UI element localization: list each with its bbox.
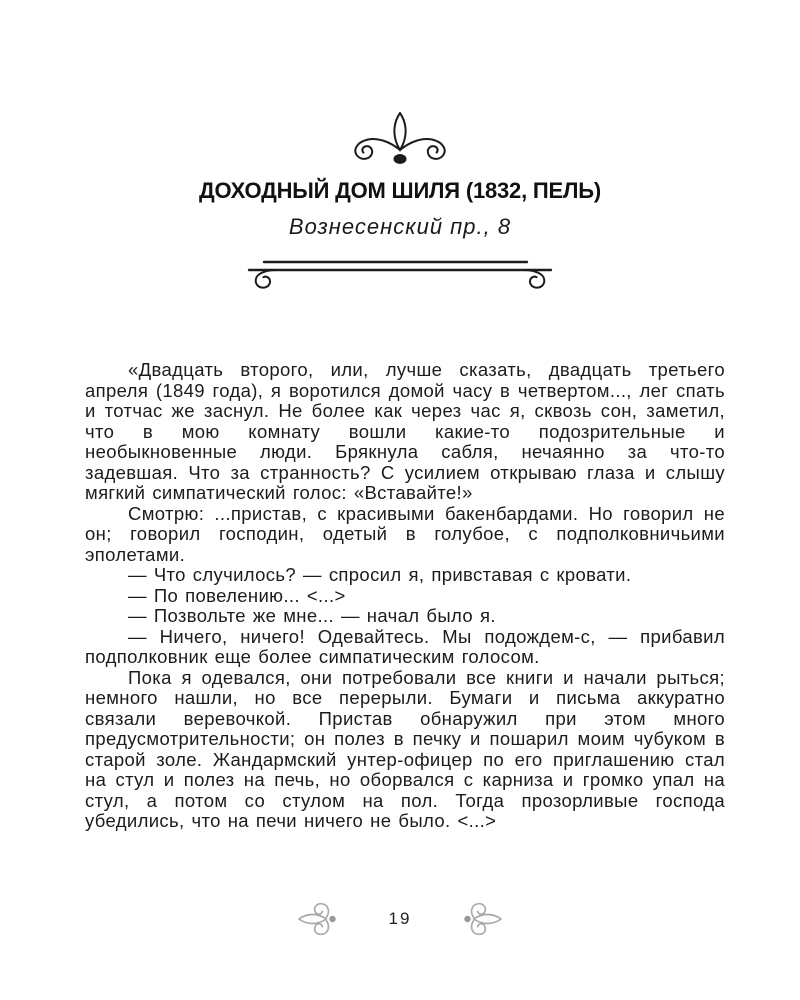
page-number: 19 [389,899,412,939]
paragraph: — По повелению... <...> [85,586,725,607]
body-text: «Двадцать второго, или, лучше сказать, д… [0,360,800,832]
top-flourish-ornament [342,112,458,166]
paragraph: Смотрю: ...пристав, с красивыми бакенбар… [85,504,725,566]
page-footer: 19 [0,898,800,940]
book-page: ДОХОДНЫЙ ДОМ ШИЛЯ (1832, ПЕЛЬ) Вознесенс… [0,0,800,1000]
footer-flourish-right [451,899,503,939]
paragraph: «Двадцать второго, или, лучше сказать, д… [85,360,725,504]
section-divider-ornament [241,258,559,292]
page-title: ДОХОДНЫЙ ДОМ ШИЛЯ (1832, ПЕЛЬ) [0,178,800,204]
paragraph: Пока я одевался, они потребовали все кни… [85,668,725,832]
paragraph: — Ничего, ничего! Одевайтесь. Мы подожде… [85,627,725,668]
footer-flourish-left [297,899,349,939]
address-subtitle: Вознесенский пр., 8 [0,214,800,240]
paragraph: — Позвольте же мне... — начал было я. [85,606,725,627]
paragraph: — Что случилось? — спросил я, привставая… [85,565,725,586]
